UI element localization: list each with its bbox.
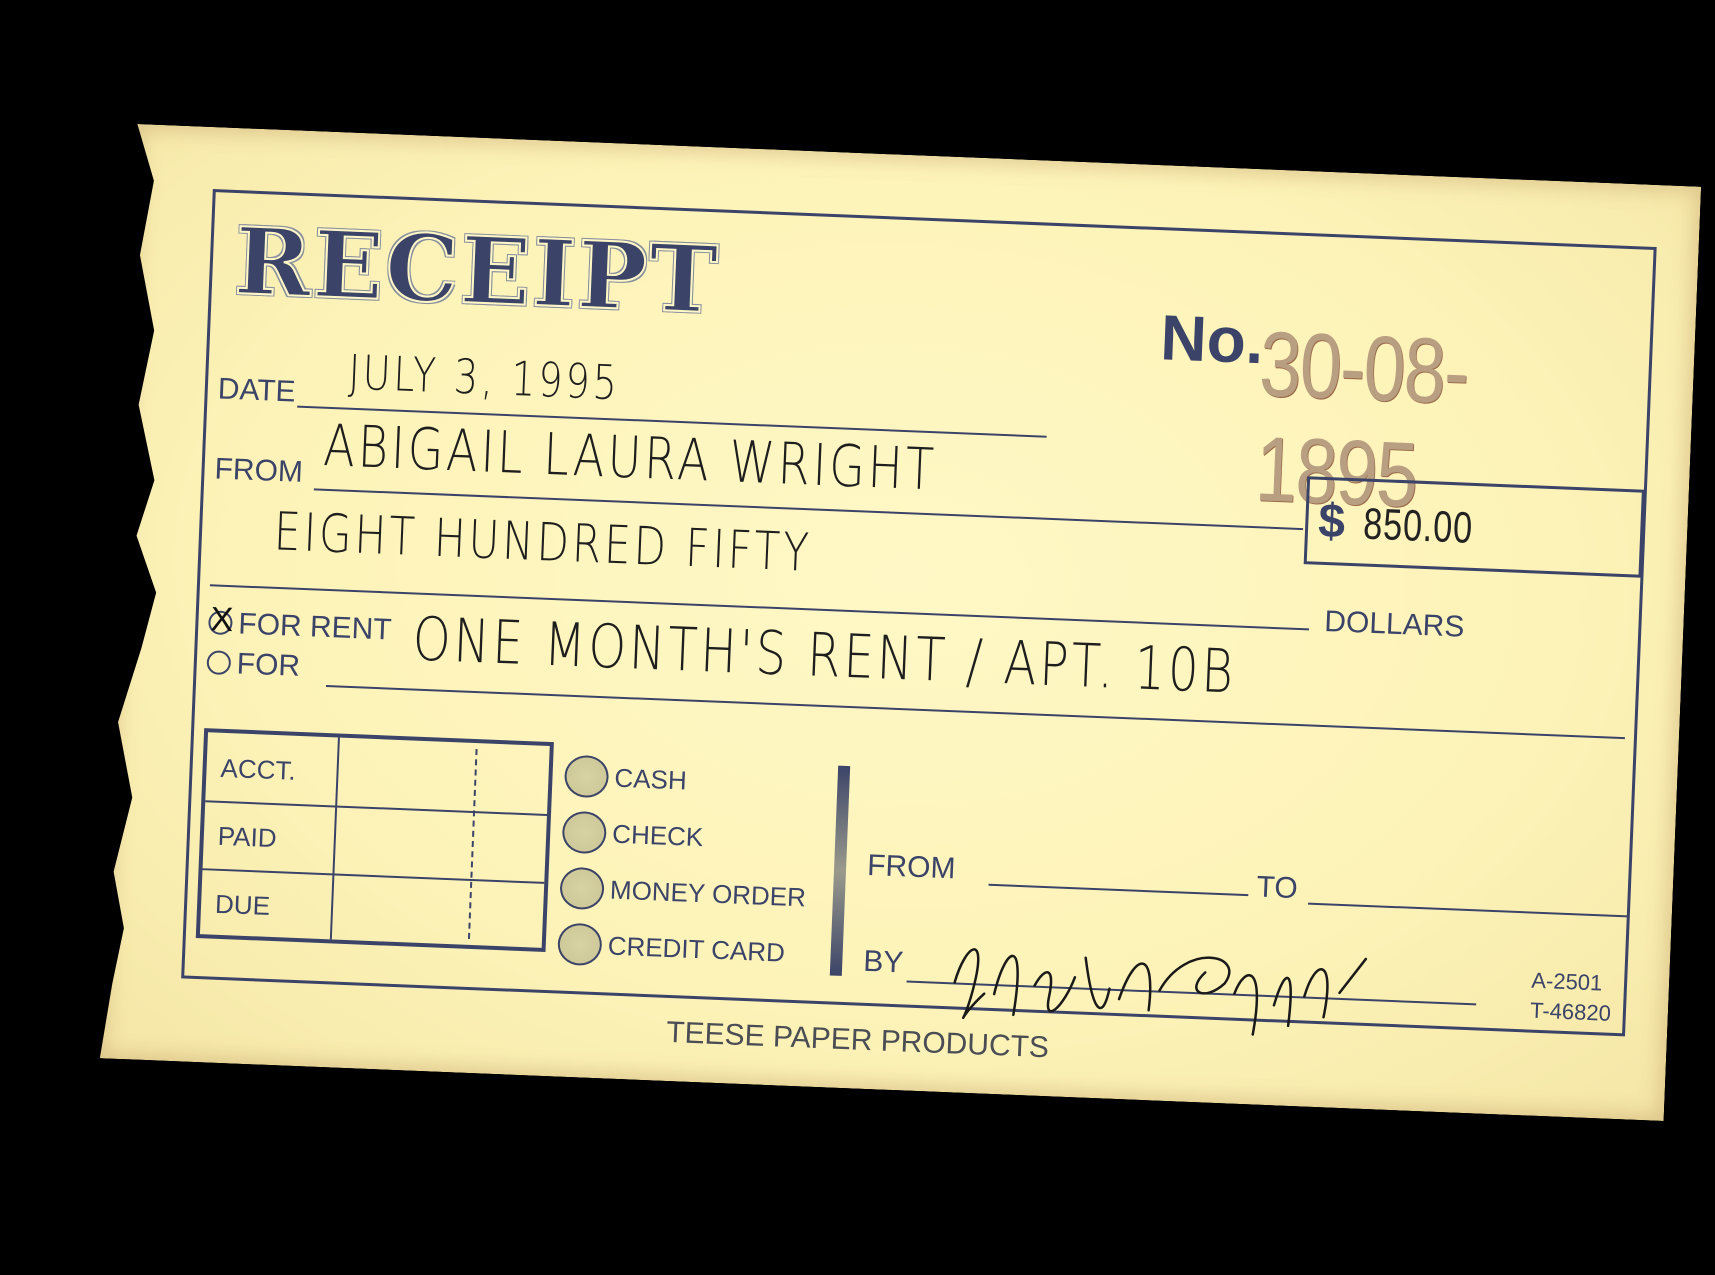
receipt-title: RECEIPT — [233, 215, 721, 326]
check-circle-icon[interactable] — [561, 811, 607, 855]
for-other-label: FOR — [236, 647, 301, 684]
amount-words: EIGHT HUNDRED FIFTY — [273, 501, 813, 584]
credit-card-label: CREDIT CARD — [607, 931, 785, 969]
by-label: BY — [863, 945, 904, 981]
account-table: ACCT. PAID DUE — [196, 728, 554, 952]
period-to-label: TO — [1256, 871, 1298, 907]
money-order-label: MONEY ORDER — [609, 875, 806, 914]
period-from-line — [989, 884, 1249, 896]
section-divider-bar — [830, 766, 850, 976]
form-codes: A-2501 T-46820 — [1530, 966, 1613, 1029]
date-label: DATE — [217, 372, 296, 409]
check-label: CHECK — [612, 819, 704, 854]
amount-box: $ 850.00 — [1304, 476, 1645, 577]
account-row-due: DUE — [200, 868, 545, 952]
cash-circle-icon[interactable] — [564, 755, 610, 799]
due-label: DUE — [215, 889, 271, 922]
receipt-paper: RECEIPT No. 30-08-1895 DATE JULY 3, 1995… — [100, 124, 1701, 1121]
period-to-line — [1308, 903, 1628, 918]
period-from-label: FROM — [867, 849, 957, 887]
paid-label: PAID — [217, 821, 277, 854]
form-code-t: T-46820 — [1530, 996, 1612, 1029]
for-rent-label: FOR RENT — [238, 607, 393, 647]
receipt-form: RECEIPT No. 30-08-1895 DATE JULY 3, 1995… — [181, 189, 1657, 1036]
dollars-label: DOLLARS — [1324, 605, 1465, 645]
for-other-radio[interactable] — [206, 650, 231, 675]
from-label: FROM — [214, 452, 304, 490]
credit-card-circle-icon[interactable] — [557, 923, 603, 967]
amount-value: 850.00 — [1362, 500, 1474, 554]
x-mark-icon: X — [210, 602, 234, 637]
acct-label: ACCT. — [220, 753, 296, 787]
dollar-sign: $ — [1317, 494, 1346, 550]
date-value: JULY 3, 1995 — [347, 345, 620, 411]
receipt-number-label: No. — [1159, 300, 1265, 378]
form-code-a: A-2501 — [1531, 966, 1613, 999]
cash-label: CASH — [614, 763, 687, 797]
money-order-circle-icon[interactable] — [559, 867, 605, 911]
from-value: ABIGAIL LAURA WRIGHT — [322, 411, 938, 503]
